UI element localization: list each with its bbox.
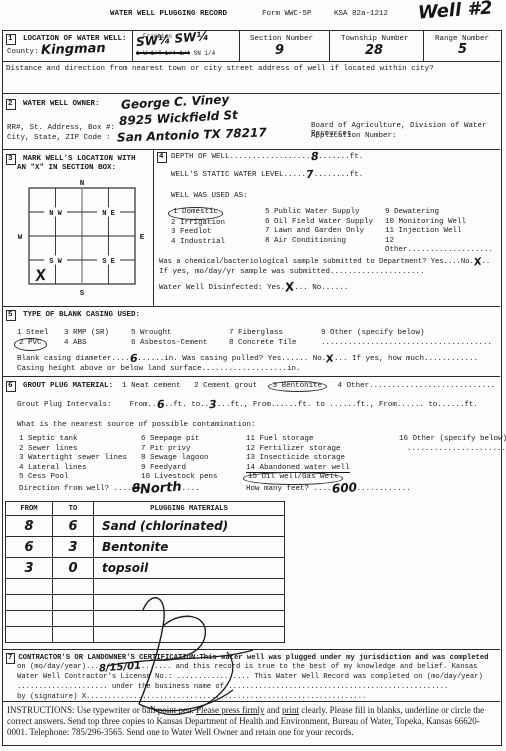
form-border: 1 LOCATION OF WATER WELL: County: Kingma… [2, 30, 502, 746]
section-number-label: Section Number [250, 35, 313, 43]
fraction-handwritten: SW¼ SW¼ [136, 29, 210, 49]
direction-value: North [140, 485, 182, 493]
fraction-printed-line: 1 W 1/4 1/4 1/4 SN 1/4 [136, 50, 215, 57]
casing-row-2: 2 PVC 4 ABS 6 Asbestos-Cement 8 Concrete… [17, 339, 492, 350]
interval-to-value: 3 [209, 402, 217, 408]
section-6-grout: 6 GROUT PLUG MATERIAL: 1 Neat cement 2 C… [3, 376, 500, 649]
section-2-number: 2 [6, 99, 16, 110]
form-title: WATER WELL PLUGGING RECORD [110, 10, 227, 18]
scanned-form-page: WATER WELL PLUGGING RECORD Form WWC-5P K… [0, 0, 506, 751]
section-1-number: 1 [6, 34, 16, 45]
section-7-certification: 7CONTRACTOR'S OR LANDOWNER'S CERTIFICATI… [3, 649, 500, 701]
compass-se-label: S E [102, 258, 115, 266]
section-2-title: WATER WELL OWNER: [23, 100, 100, 108]
distance-direction-row: Distance and direction from nearest town… [3, 61, 500, 93]
grout-material-line: 6 GROUT PLUG MATERIAL: 1 Neat cement 2 C… [6, 381, 495, 392]
used-as-col3: 9 Dewatering 10 Monitoring Well 11 Injec… [385, 208, 500, 256]
compass-s-label: S [80, 290, 85, 298]
interval-from-value: 6 [156, 402, 164, 408]
section-number-value: 9 [275, 43, 284, 58]
certification-line-2: on (mo/day/year)...8/15/01....... and th… [17, 663, 478, 671]
casing-pulled-no-x-mark: X [326, 356, 334, 363]
section-5-number: 5 [6, 310, 16, 321]
used-as-domestic-circled: 1 Domestic [168, 207, 223, 220]
contamination-col3: 11 Fuel storage 12 Fertilizer storage 13… [246, 435, 350, 484]
feet-value: 600 [331, 485, 356, 492]
section-2-owner: 2 WATER WELL OWNER: RR#, St. Address, Bo… [3, 93, 500, 149]
address-label: RR#, St. Address, Box #: [7, 124, 115, 132]
section-6-number: 6 [6, 381, 16, 392]
table-row [6, 595, 285, 611]
depth-value: 8 [310, 154, 318, 160]
township-number-value: 28 [365, 43, 383, 58]
section-4-number: 4 [157, 152, 167, 163]
static-water-level-line: WELL'S STATIC WATER LEVEL.....7........f… [171, 171, 363, 179]
direction-from-well-line: Direction from well? ....8North.... [19, 485, 200, 493]
well-used-as-label: WELL WAS USED AS: [171, 192, 248, 200]
section-3-title-2: AN "X" IN SECTION BOX: [17, 164, 116, 172]
casing-height-line: Casing height above or below land surfac… [17, 365, 301, 373]
county-value: Kingman [41, 41, 106, 58]
application-number-label: Application Number: [311, 132, 397, 140]
plugging-materials-table: FROM TO PLUGGING MATERIALS 8 6 Sand (chl… [5, 501, 285, 643]
compass-e-label: E [140, 234, 145, 242]
column-header-to: TO [53, 502, 94, 516]
depth-of-well-line: DEPTH OF WELL..................8.......f… [171, 153, 363, 161]
section-3-title-1: MARK WELL'S LOCATION WITH [23, 155, 136, 163]
city-value: San Antonio TX 78217 [117, 125, 267, 144]
section-3-4-row: 3 MARK WELL'S LOCATION WITH AN "X" IN SE… [3, 149, 500, 306]
column-header-from: FROM [6, 502, 53, 516]
section-6-title: GROUT PLUG MATERIAL: [23, 382, 113, 390]
casing-diameter-value: 6 [129, 356, 137, 362]
township-number-label: Township Number [341, 35, 409, 43]
contamination-question: What is the nearest source of possible c… [17, 421, 256, 429]
range-number-value: 5 [458, 42, 467, 57]
contamination-col1: 1 Septic tank 2 Sewer lines 3 Watertight… [19, 435, 127, 483]
section-3-number: 3 [6, 154, 16, 165]
compass-sw-label: S W [49, 258, 62, 266]
table-row [6, 579, 285, 595]
casing-pvc-circled: 2 PVC [14, 338, 47, 351]
direction-scratched-mark: 8 [131, 486, 140, 492]
compass-n-label: N [80, 180, 85, 188]
column-header-materials: PLUGGING MATERIALS [94, 502, 285, 516]
grout-bentonite-circled: 3 Bentonite [268, 381, 328, 392]
contamination-oil-well-circled: 15 Oil well/Gas well [243, 472, 343, 485]
section-1-location: 1 LOCATION OF WATER WELL: County: Kingma… [3, 31, 500, 61]
table-row: 3 0 topsoil [6, 558, 285, 579]
static-water-level-value: 7 [306, 172, 314, 178]
casing-diameter-line: Blank casing diameter....6......in. Was … [17, 355, 478, 363]
section-location-grid: N S W E N W N E S W S E X [15, 176, 147, 298]
table-row: 6 3 Bentonite [6, 537, 285, 558]
table-row: 8 6 Sand (chlorinated) [6, 516, 285, 537]
sample-no-x-mark: X [473, 259, 481, 266]
compass-nw-label: N W [49, 210, 62, 218]
table-row [6, 611, 285, 627]
city-label: City, State, ZIP Code : [7, 134, 111, 142]
if-yes-line: If yes, mo/day/yr sample was submitted..… [159, 268, 425, 276]
compass-w-label: W [18, 234, 23, 242]
disinfected-line: Water Well Disinfected: Yes.X... No.....… [159, 284, 348, 292]
certification-line-5: by (signature) X........................… [17, 693, 366, 701]
county-label: County: [7, 48, 39, 56]
used-as-col1: 1 Domestic 2 Irrigation 3 Feedlot 4 Indu… [171, 208, 225, 247]
completed-date-value: 8/15/01 [99, 664, 141, 672]
well-number-note: Well #2 [417, 0, 493, 24]
certification-line-4: ..................... under the business… [17, 683, 448, 691]
instructions-text: INSTRUCTIONS: Use typewriter or ball poi… [3, 702, 500, 738]
well-location-x-mark: X [34, 267, 49, 287]
casing-row-1: 1 Steel 3 RMP (SR) 5 Wrought 7 Fiberglas… [17, 329, 425, 339]
grout-intervals-line: Grout Plug Intervals: From..6..ft. to..3… [17, 401, 478, 409]
certification-line-3: Water Well Contractor's License No.: ...… [17, 673, 483, 681]
distance-question: Distance and direction from nearest town… [6, 65, 434, 73]
sample-question-line: Was a chemical/bacteriological sample su… [159, 258, 490, 266]
instructions-block: INSTRUCTIONS: Use typewriter or ball poi… [3, 701, 500, 747]
section-5-casing: 5 TYPE OF BLANK CASING USED: 1 Steel 3 R… [3, 306, 500, 376]
section-7-number: 7 [6, 653, 15, 664]
section-5-title: TYPE OF BLANK CASING USED: [23, 311, 140, 319]
how-many-feet-line: How many feet? ....600............ [246, 485, 411, 493]
form-number: Form WWC-5P [262, 10, 312, 18]
statute-ref: KSA 82a-1212 [334, 10, 388, 18]
table-row [6, 627, 285, 643]
contamination-col2: 6 Seepage pit 7 Pit privy 8 Sewage lagoo… [141, 435, 218, 483]
contamination-col4: 16 Other (specify below) ...............… [399, 435, 506, 454]
compass-ne-label: N E [102, 210, 115, 218]
used-as-col2: 5 Public Water Supply 6 Oil Field Water … [265, 208, 373, 246]
disinfected-yes-x-mark: X [285, 283, 295, 290]
